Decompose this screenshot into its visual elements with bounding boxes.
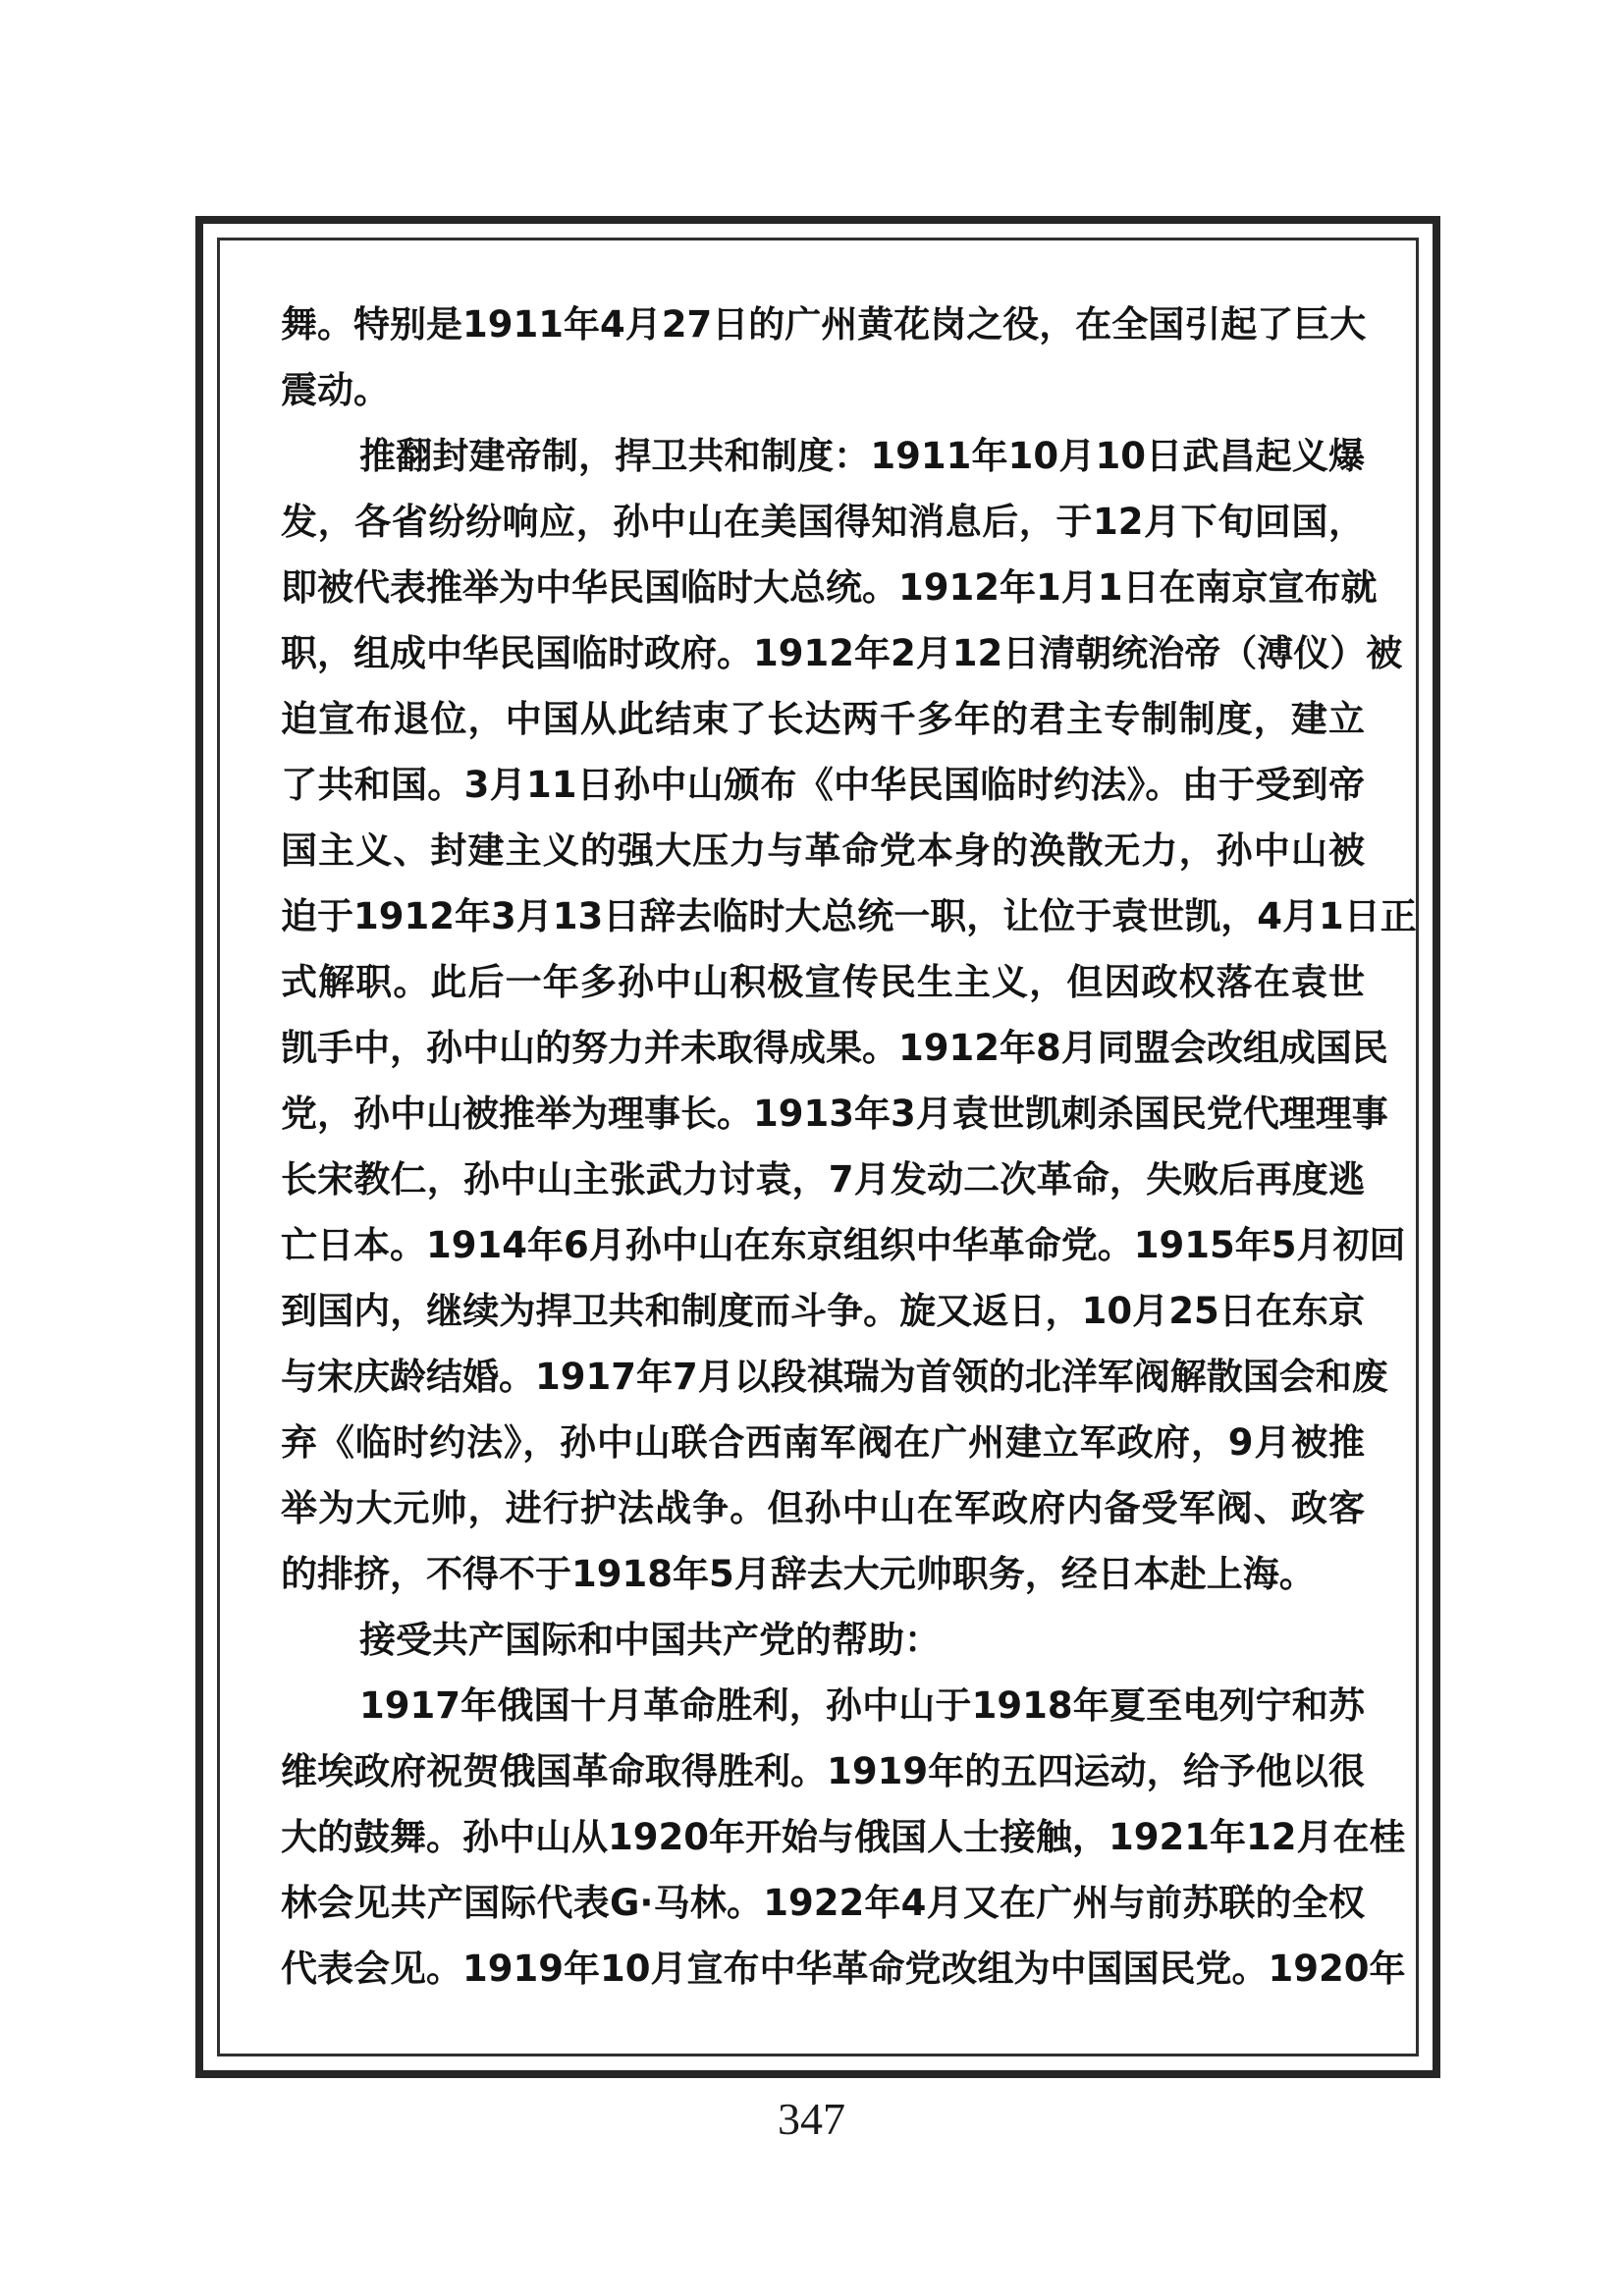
text-line: 长宋教仁，孙中山主张武力讨袁，7月发动二次革命，失败后再度逃	[281, 1147, 1365, 1212]
scanned-book-page: 舞。特别是1911年4月27日的广州黄花岗之役，在全国引起了巨大震动。推翻封建帝…	[0, 0, 1623, 2296]
text-line: 党，孙中山被推举为理事长。1913年3月袁世凯刺杀国民党代理理事	[281, 1081, 1365, 1147]
text-line: 的排挤，不得不于1918年5月辞去大元帅职务，经日本赴上海。	[281, 1541, 1365, 1607]
text-line: 推翻封建帝制，捍卫共和制度：1911年10月10日武昌起义爆	[281, 423, 1365, 489]
text-line: 1917年俄国十月革命胜利，孙中山于1918年夏至电列宁和苏	[281, 1673, 1365, 1738]
text-line: 职，组成中华民国临时政府。1912年2月12日清朝统治帝（溥仪）被	[281, 620, 1365, 686]
text-line: 国主义、封建主义的强大压力与革命党本身的涣散无力，孙中山被	[281, 818, 1365, 883]
text-line: 林会见共产国际代表G·马林。1922年4月又在广州与前苏联的全权	[281, 1870, 1365, 1936]
text-line: 亡日本。1914年6月孙中山在东京组织中华革命党。1915年5月初回	[281, 1212, 1365, 1278]
text-line: 迫于1912年3月13日辞去临时大总统一职，让位于袁世凯，4月1日正	[281, 883, 1365, 949]
text-line: 式解职。此后一年多孙中山积极宣传民生主义，但因政权落在袁世	[281, 949, 1365, 1015]
text-line: 了共和国。3月11日孙中山颁布《中华民国临时约法》。由于受到帝	[281, 752, 1365, 818]
body-text: 舞。特别是1911年4月27日的广州黄花岗之役，在全国引起了巨大震动。推翻封建帝…	[220, 240, 1416, 2054]
text-line: 即被代表推举为中华民国临时大总统。1912年1月1日在南京宣布就	[281, 555, 1365, 620]
text-line: 舞。特别是1911年4月27日的广州黄花岗之役，在全国引起了巨大	[281, 292, 1365, 357]
text-line: 维埃政府祝贺俄国革命取得胜利。1919年的五四运动，给予他以很	[281, 1738, 1365, 1804]
text-line: 发，各省纷纷响应，孙中山在美国得知消息后，于12月下旬回国，	[281, 489, 1365, 555]
text-line: 与宋庆龄结婚。1917年7月以段祺瑞为首领的北洋军阀解散国会和废	[281, 1344, 1365, 1410]
page-number: 347	[0, 2093, 1623, 2145]
text-line: 凯手中，孙中山的努力并未取得成果。1912年8月同盟会改组成国民	[281, 1015, 1365, 1081]
page-border-outer: 舞。特别是1911年4月27日的广州黄花岗之役，在全国引起了巨大震动。推翻封建帝…	[195, 216, 1440, 2078]
text-line: 震动。	[281, 357, 1365, 423]
text-line: 接受共产国际和中国共产党的帮助：	[281, 1607, 1365, 1673]
text-line: 弃《临时约法》，孙中山联合西南军阀在广州建立军政府，9月被推	[281, 1410, 1365, 1475]
text-line: 到国内，继续为捍卫共和制度而斗争。旋又返日，10月25日在东京	[281, 1278, 1365, 1344]
text-line: 代表会见。1919年10月宣布中华革命党改组为中国国民党。1920年	[281, 1936, 1365, 2002]
text-line: 大的鼓舞。孙中山从1920年开始与俄国人士接触，1921年12月在桂	[281, 1804, 1365, 1870]
page-border-inner: 舞。特别是1911年4月27日的广州黄花岗之役，在全国引起了巨大震动。推翻封建帝…	[217, 238, 1419, 2056]
text-line: 举为大元帅，进行护法战争。但孙中山在军政府内备受军阀、政客	[281, 1475, 1365, 1541]
text-line: 迫宣布退位，中国从此结束了长达两千多年的君主专制制度，建立	[281, 686, 1365, 752]
